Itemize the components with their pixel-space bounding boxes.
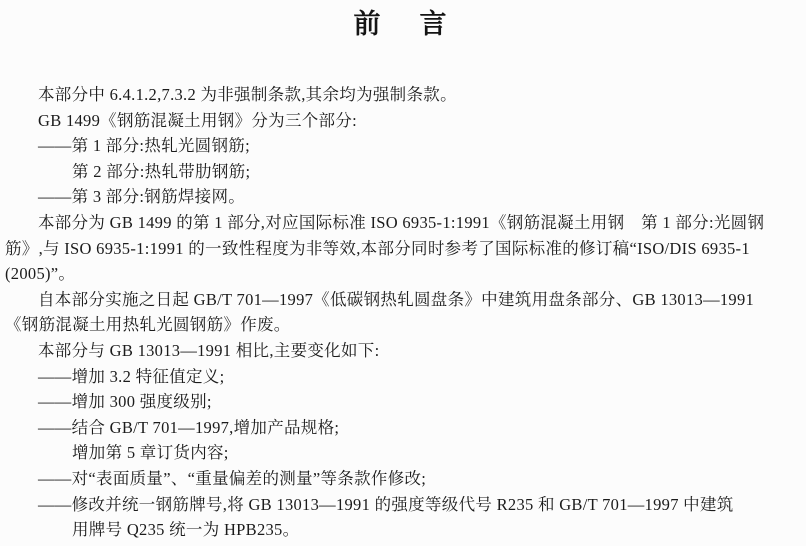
- text-line: 本部分为 GB 1499 的第 1 部分,对应国际标准 ISO 6935-1:1…: [5, 210, 802, 236]
- text-line: 自本部分实施之日起 GB/T 701—1997《低碳钢热轧圆盘条》中建筑用盘条部…: [5, 287, 802, 313]
- text-line: ——增加 300 强度级别;: [5, 389, 802, 415]
- text-line: (2005)”。: [5, 261, 802, 287]
- text-line: 用牌号 Q235 统一为 HPB235。: [5, 517, 802, 543]
- text-line: 《钢筋混凝土用热轧光圆钢筋》作废。: [5, 312, 802, 338]
- text-line: ——第 1 部分:热轧光圆钢筋;: [5, 133, 802, 159]
- document-page: 前 言 本部分中 6.4.1.2,7.3.2 为非强制条款,其余均为强制条款。 …: [0, 0, 806, 546]
- text-line: ——结合 GB/T 701—1997,增加产品规格;: [5, 415, 802, 441]
- text-line: ——对“表面质量”、“重量偏差的测量”等条款作修改;: [5, 466, 802, 492]
- text-line: ——第 3 部分:钢筋焊接网。: [5, 184, 802, 210]
- text-line: 本部分与 GB 13013—1991 相比,主要变化如下:: [5, 338, 802, 364]
- text-line: ——修改并统一钢筋牌号,将 GB 13013—1991 的强度等级代号 R235…: [5, 492, 802, 518]
- text-line: 筋》,与 ISO 6935-1:1991 的一致性程度为非等效,本部分同时参考了…: [5, 236, 802, 262]
- text-line: 增加第 5 章订货内容;: [5, 440, 802, 466]
- text-line: ——增加 3.2 特征值定义;: [5, 364, 802, 390]
- text-line: 第 2 部分:热轧带肋钢筋;: [5, 159, 802, 185]
- text-line: 本部分中 6.4.1.2,7.3.2 为非强制条款,其余均为强制条款。: [5, 82, 802, 108]
- foreword-body: 本部分中 6.4.1.2,7.3.2 为非强制条款,其余均为强制条款。 GB 1…: [5, 82, 802, 543]
- text-line: GB 1499《钢筋混凝土用钢》分为三个部分:: [5, 108, 802, 134]
- page-title: 前 言: [0, 2, 806, 41]
